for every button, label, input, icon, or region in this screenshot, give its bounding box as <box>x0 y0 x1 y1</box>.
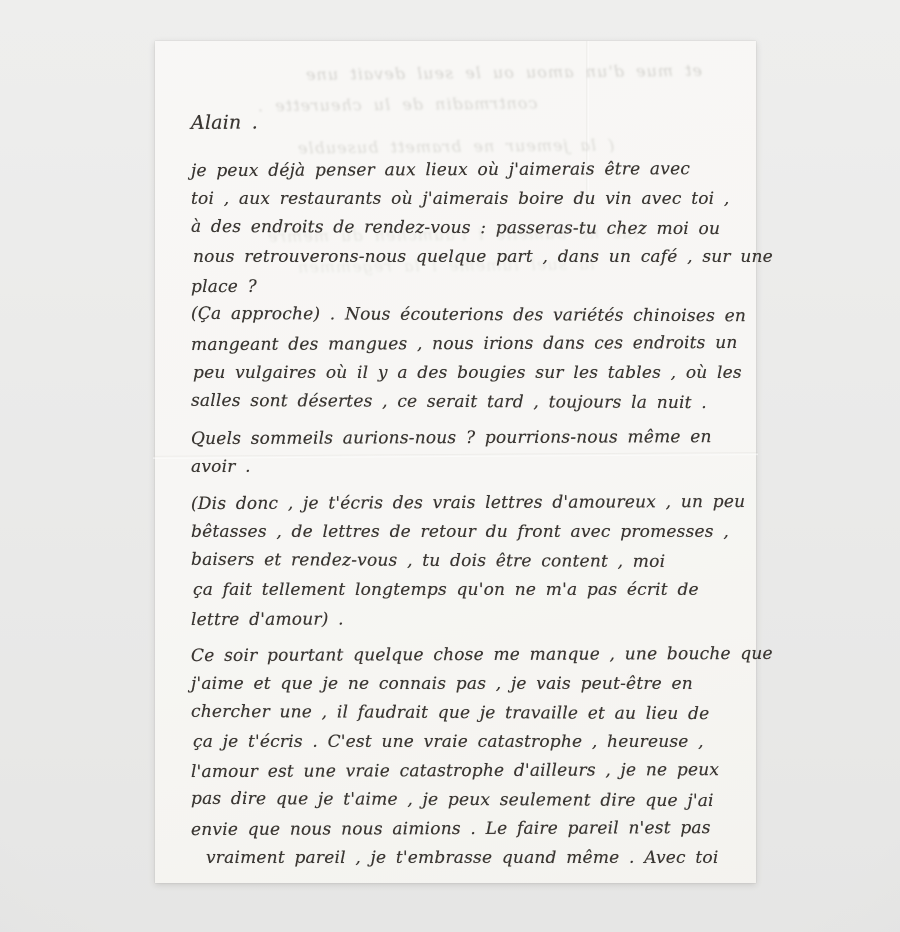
letter-line: place ? <box>191 271 740 302</box>
letter-line: Ce soir pourtant quelque chose me manque… <box>191 640 740 671</box>
letter-line: chercher une , il faudrait que je travai… <box>191 698 740 729</box>
letter-line: l'amour est une vraie catastrophe d'aill… <box>191 756 740 787</box>
letter-line: envie que nous nous aimions . Le faire p… <box>191 814 740 845</box>
photograph-background: et mue d'un amou ou le seul devait uneco… <box>0 0 900 932</box>
letter-paper: et mue d'un amou ou le seul devait uneco… <box>155 41 756 883</box>
letter-line: nous retrouverons-nous quelque part , da… <box>191 243 740 272</box>
letter-paragraphs: je peux déjà penser aux lieux où j'aimer… <box>191 156 740 873</box>
salutation: Alain . <box>191 105 740 138</box>
letter-line: vraiment pareil , je t'embrasse quand mê… <box>191 844 740 873</box>
letter-paragraph: je peux déjà penser aux lieux où j'aimer… <box>191 156 740 417</box>
letter-line: (Ça approche) . Nous écouterions des var… <box>191 300 740 331</box>
letter-line: lettre d'amour) . <box>191 604 740 635</box>
letter-line: j'aime et que je ne connais pas , je vai… <box>191 670 740 699</box>
letter-line: ça je t'écris . C'est une vraie catastro… <box>191 728 740 757</box>
letter-line: mangeant des mangues , nous irions dans … <box>191 329 740 360</box>
show-through-line: et mue d'un amou ou le seul devait une <box>305 61 702 84</box>
letter-line: toi , aux restaurants où j'aimerais boir… <box>191 185 740 214</box>
letter-line: (Dis donc , je t'écris des vrais lettres… <box>191 488 740 519</box>
letter-line: salles sont désertes , ce serait tard , … <box>191 387 740 418</box>
letter-line: ça fait tellement longtemps qu'on ne m'a… <box>191 576 740 605</box>
letter-text: Alain . je peux déjà penser aux lieux où… <box>191 107 740 880</box>
letter-line: bêtasses , de lettres de retour du front… <box>191 518 740 547</box>
letter-line: Quels sommeils aurions-nous ? pourrions-… <box>191 423 740 454</box>
letter-line: pas dire que je t'aime , je peux seuleme… <box>191 785 740 816</box>
letter-paragraph: (Dis donc , je t'écris des vrais lettres… <box>191 489 740 634</box>
letter-line: avoir . <box>191 453 740 482</box>
letter-line: je peux déjà penser aux lieux où j'aimer… <box>191 155 740 186</box>
letter-line: peu vulgaires où il y a des bougies sur … <box>191 359 740 388</box>
letter-paragraph: Quels sommeils aurions-nous ? pourrions-… <box>191 424 740 482</box>
letter-paragraph: Ce soir pourtant quelque chose me manque… <box>191 641 740 873</box>
letter-line: à des endroits de rendez-vous : passeras… <box>191 213 740 244</box>
letter-line: baisers et rendez-vous , tu dois être co… <box>191 546 740 577</box>
